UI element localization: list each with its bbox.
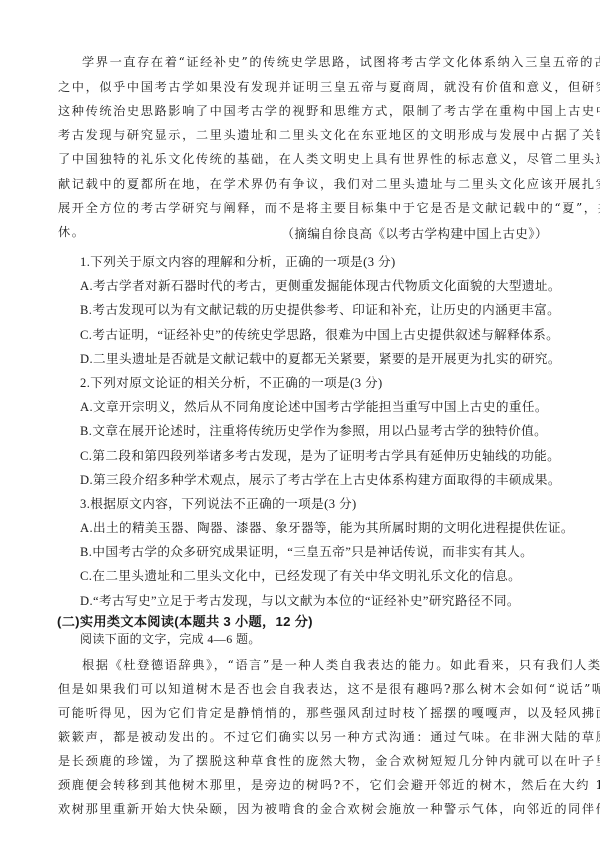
option-c: C.在二里头遗址和二里头文化中，已经发现了有关中华文明礼乐文化的信息。: [80, 568, 521, 584]
option-d: D.二里头遗址是否就是文献记载中的夏都无关紧要，紧要的是开展更为扎实的研究。: [80, 351, 561, 367]
option-b: B.考古发现可以为有文献记载的历史提供参考、印证和补充，让历史的内涵更丰富。: [80, 302, 560, 318]
option-a: A.出土的精美玉器、陶器、漆器、象牙器等，能为其所属时期的文明化进程提供佐证。: [80, 520, 574, 536]
passage-line: 了中国独特的礼乐文化传统的基础，在人类文明史上具有世界性的标志意义，尽管二里头遗…: [58, 151, 563, 167]
option-a: A.考古学者对新石器时代的考古，更侧重发掘能体现古代物质文化面貌的大型遗址。: [80, 278, 561, 294]
section-heading: (二)实用类文本阅读(本题共 3 小题，12 分): [57, 614, 313, 630]
section-instruction: 阅读下面的文字，完成 4—6 题。: [80, 631, 261, 647]
passage-line: 但是如果我们可以知道树木是否也会自我表达，这不是很有趣吗?那么树木会如何“说话”…: [58, 681, 563, 697]
passage-line: 颈鹿便会转移到其他树木那里，是旁边的树吗?不，它们会避开邻近的树木，然后在大约 …: [58, 777, 563, 793]
option-a: A.文章开宗明义，然后从不同角度论述中国考古学能担当重写中国上古史的重任。: [80, 399, 548, 415]
passage-line: 展开全方位的考古学研究与阐释，而不是将主要目标集中于它是否是文献记载中的“夏”，…: [58, 200, 563, 216]
passage-line: 根据《杜登德语辞典》，“语言”是一种人类自我表达的能力。如此看来，只有我们人类可…: [82, 657, 600, 673]
option-c: C.第二段和第四段列举诸多考古发现，是为了证明考古学具有延伸历史轴线的功能。: [80, 448, 560, 464]
passage-source: （摘编自徐良高《以考古学构建中国上古史》）: [281, 226, 548, 242]
option-b: B.文章在展开论述时，注重将传统历史学作为参照，用以凸显考古学的独特价值。: [80, 423, 547, 439]
passage-line: 献记载中的夏都所在地，在学术界仍有争议，我们对二里头遗址与二里头文化应该开展扎实…: [58, 176, 563, 192]
passage-line: 之中，似乎中国考古学如果没有发现并证明三皇五帝与夏商周，就没有价值和意义，但研究…: [58, 79, 563, 95]
option-d: D.“考古写史”立足于考古发现，与以文献为本位的“证经补史”研究路径不同。: [80, 593, 520, 609]
exam-page: 学界一直存在着“证经补史”的传统史学思路，试图将考古学文化体系纳入三皇五帝的古史…: [0, 0, 600, 849]
passage-line: 这种传统治史思路影响了中国考古学的视野和思维方式，限制了考古学在重构中国上古史中…: [58, 103, 563, 119]
question-stem: 3.根据原文内容，下列说法不正确的一项是(3 分): [80, 496, 357, 512]
passage-line: 是长颈鹿的珍馐，为了摆脱这种草食性的庞然大物，金合欢树短短几分钟内就可以在叶子里…: [58, 753, 563, 769]
question-stem: 1.下列关于原文内容的理解和分析，正确的一项是(3 分): [80, 254, 396, 270]
passage-line: 欢树那里重新开始大快朵颐，因为被啃食的金合欢树会施放一种警示气体，向邻近的同伴传…: [58, 801, 563, 817]
question-stem: 2.下列对原文论证的相关分析，不正确的一项是(3 分): [80, 375, 383, 391]
option-b: B.中国考古学的众多研究成果证明，“三皇五帝”只是神话传说，而非实有其人。: [80, 544, 533, 560]
passage-line: 簌簌声，都是被动发出的。不过它们确实以另一种方式沟通：通过气味。在非洲大陆的草原…: [58, 729, 563, 745]
option-c: C.考古证明，“证经补史”的传统史学思路，很难为中国上古史提供叙述与解释体系。: [80, 327, 559, 343]
passage-line: 休。: [58, 224, 86, 240]
option-d: D.第三段介绍多种学术观点，展示了考古学在上古史体系构建方面取得的丰硕成果。: [80, 472, 561, 488]
passage-line: 学界一直存在着“证经补史”的传统史学思路，试图将考古学文化体系纳入三皇五帝的古史…: [82, 54, 600, 70]
passage-line: 可能听得见，因为它们肯定是静悄悄的，那些强风刮过时枝丫摇摆的嘎嘎声，以及轻风拂面…: [58, 705, 563, 721]
passage-line: 考古发现与研究显示，二里头遗址和二里头文化在东亚地区的文明形成与发展中占据了关键…: [58, 127, 563, 143]
